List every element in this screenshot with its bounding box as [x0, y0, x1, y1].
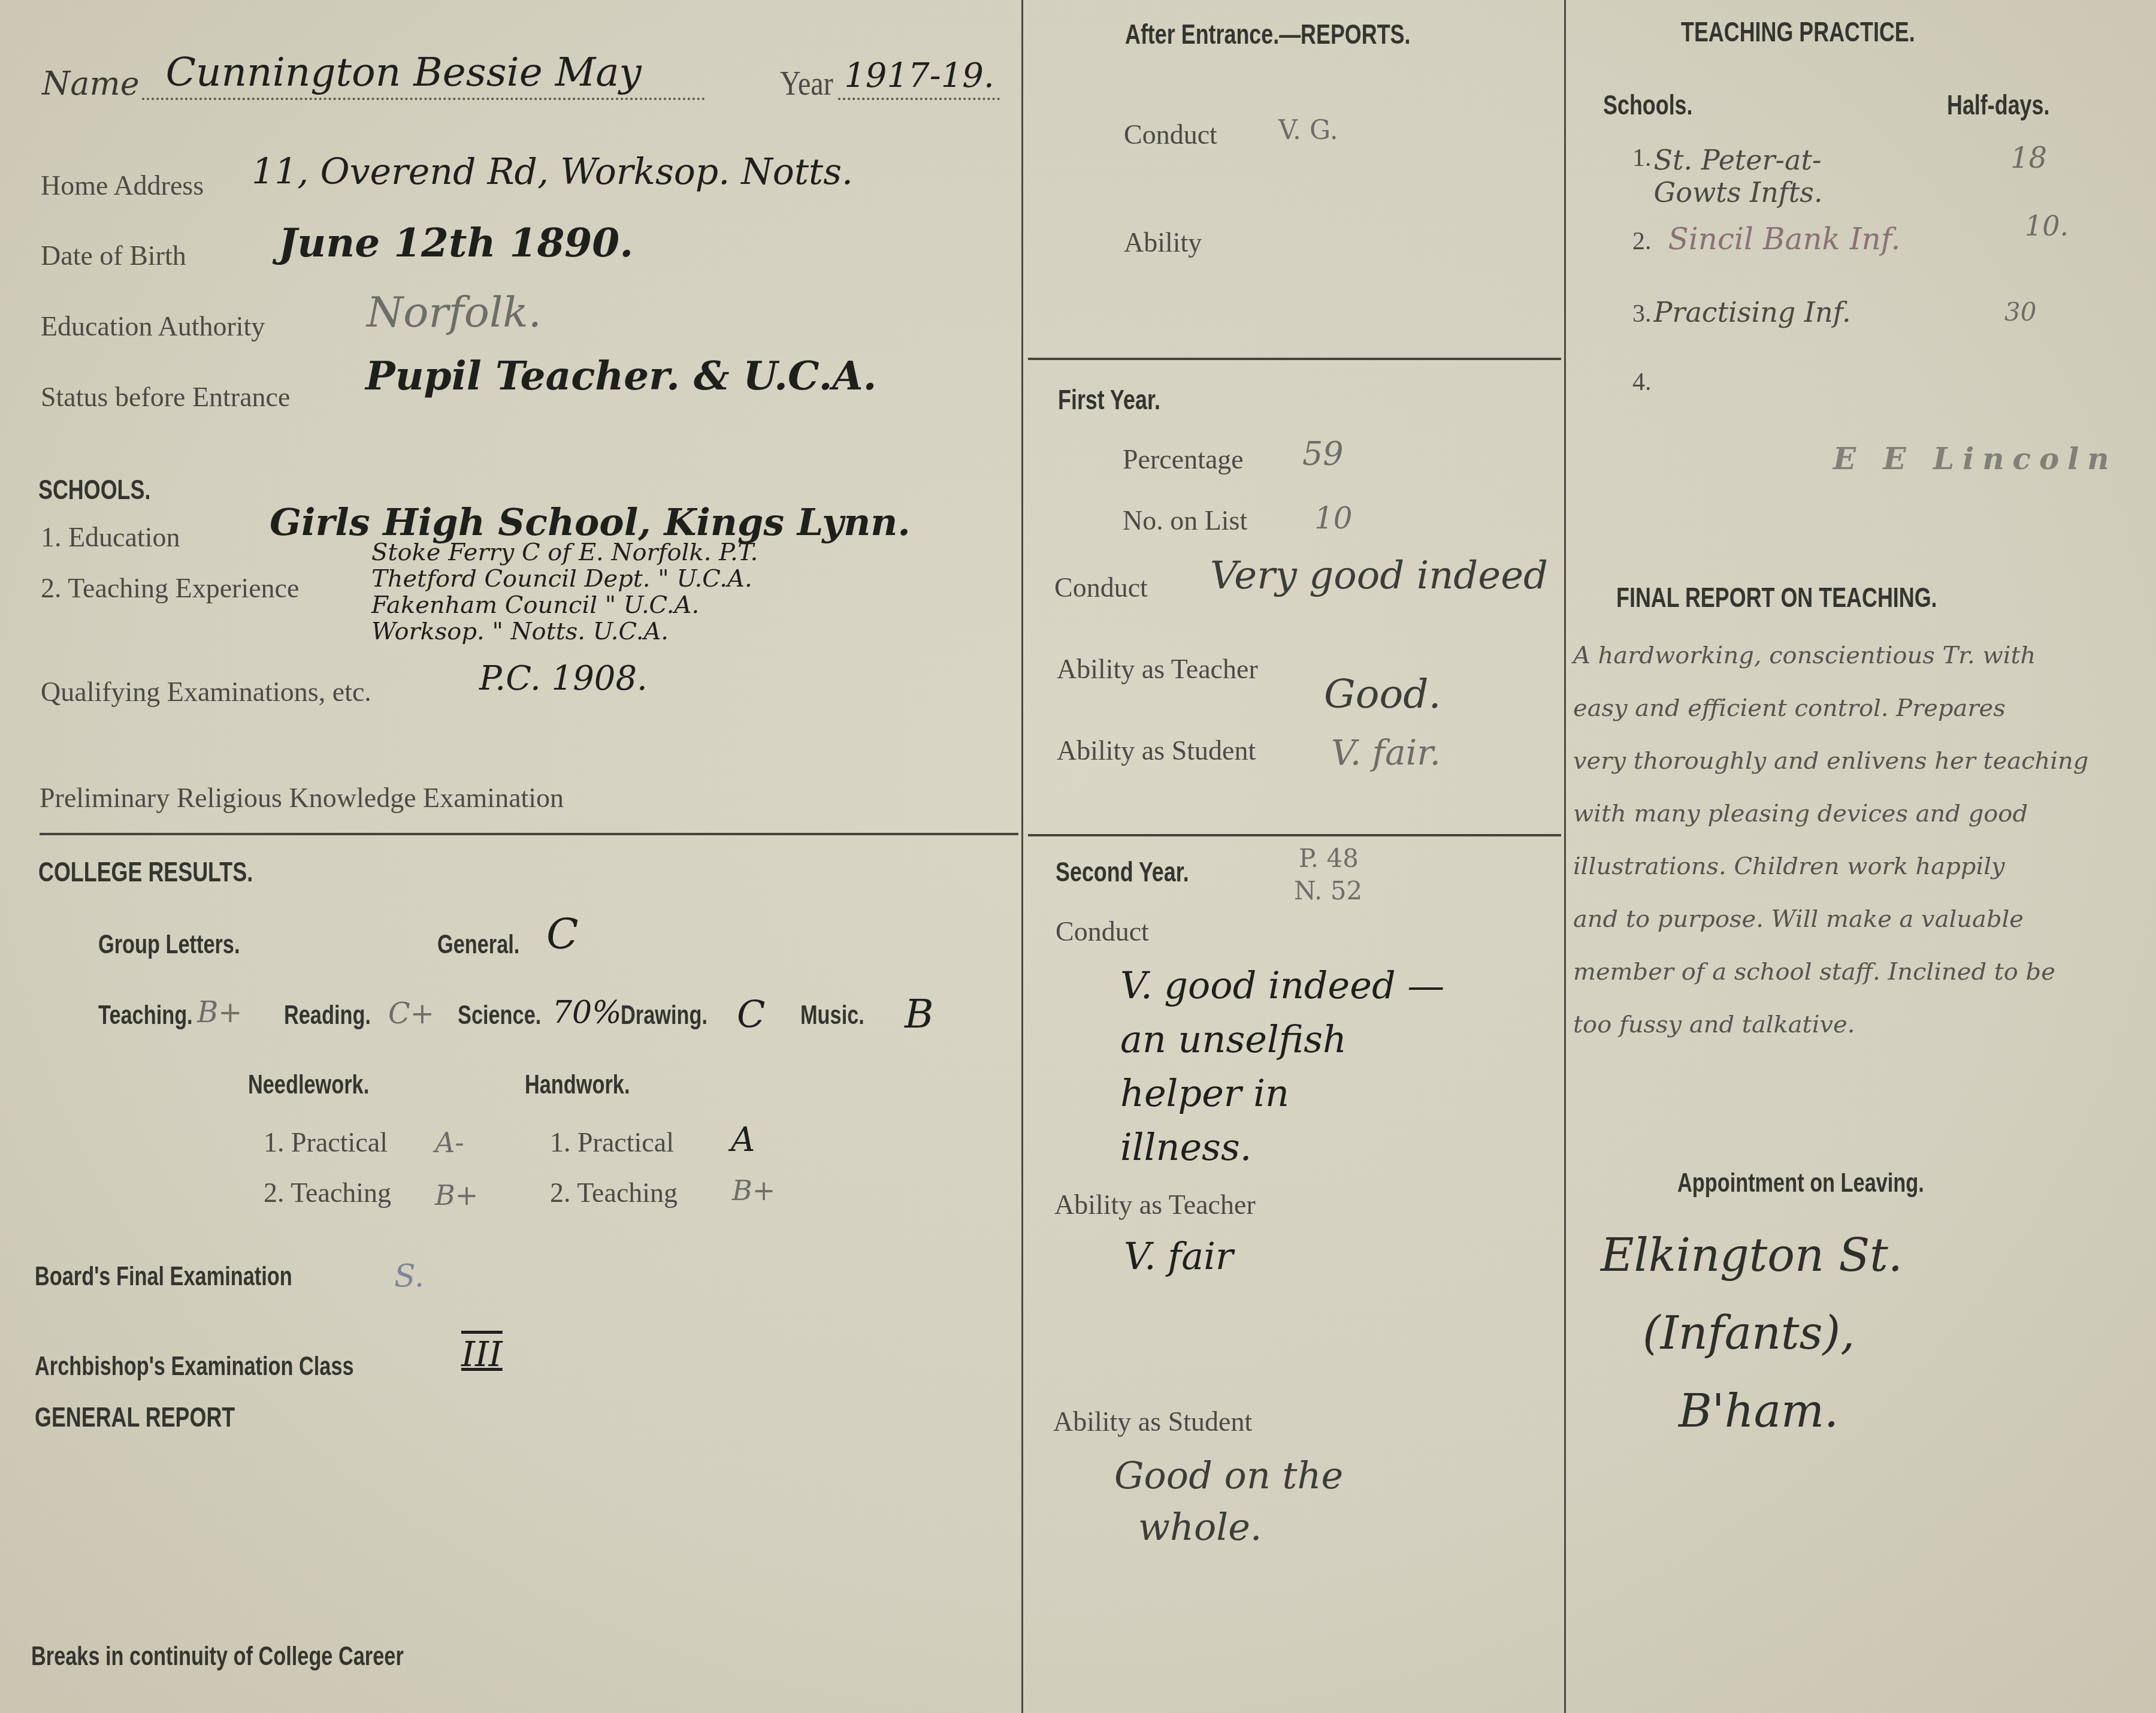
year-row: Year 1917-19. [780, 65, 1000, 103]
college-results-heading: COLLEGE RESULTS. [38, 856, 253, 888]
qualifying-value: P.C. 1908. [479, 659, 648, 698]
archbishop-value: III [461, 1334, 503, 1374]
dob-label: Date of Birth [41, 240, 186, 271]
list-label: No. on List [1123, 504, 1247, 536]
final-report-heading: FINAL REPORT ON TEACHING. [1616, 581, 1937, 614]
conduct-line: V. good indeed — [1120, 959, 1444, 1013]
second-student-label: Ability as Student [1053, 1406, 1252, 1437]
needle-teaching-value: B+ [435, 1179, 478, 1212]
student-line: whole. [1114, 1501, 1343, 1553]
schools-education-value: Girls High School, Kings Lynn. [270, 500, 911, 544]
first-student-label: Ability as Student [1057, 735, 1256, 766]
schools-heading: SCHOOLS. [38, 473, 150, 506]
year-value: 1917-19. [844, 56, 994, 95]
practice-row: 4. [1632, 368, 1652, 397]
general-value: C [546, 910, 579, 959]
conduct-line: an unselfish [1120, 1013, 1444, 1067]
after-entrance-heading: After Entrance.—REPORTS. [1125, 18, 1411, 50]
mid-rule-first-year [1028, 358, 1561, 360]
second-teacher-label: Ability as Teacher [1054, 1189, 1256, 1220]
first-teacher-value: Good. [1324, 671, 1441, 717]
second-year-p-value: P. 48 [1299, 844, 1359, 873]
qualifying-label: Qualifying Examinations, etc. [41, 676, 371, 708]
after-entrance-ability-label: Ability [1124, 226, 1202, 258]
year-label: Year [780, 65, 833, 103]
music-value: B [905, 991, 934, 1037]
practice-row: 3. Practising Inf. [1632, 296, 1851, 328]
first-year-heading: First Year. [1058, 383, 1160, 416]
first-student-value: V. fair. [1331, 732, 1441, 773]
teaching-practice-heading: TEACHING PRACTICE. [1681, 16, 1915, 48]
appointment-line: (Infants), [1601, 1294, 1903, 1372]
appointment-heading: Appointment on Leaving. [1677, 1168, 1924, 1198]
handwork-label: Handwork. [525, 1070, 630, 1100]
hand-teaching-value: B+ [732, 1174, 775, 1207]
appointment-line: Elkington St. [1601, 1216, 1903, 1294]
teaching-label: Teaching. [98, 1001, 193, 1031]
column-divider-right [1564, 0, 1566, 1713]
education-authority-value: Norfolk. [367, 288, 542, 337]
column-divider-left [1021, 0, 1023, 1713]
first-conduct-label: Conduct [1054, 572, 1148, 603]
report-line: member of a school staff. Inclined to be [1573, 945, 2088, 998]
after-entrance-conduct-value: V. G. [1278, 115, 1338, 146]
general-report-label: GENERAL REPORT [35, 1401, 235, 1433]
practice-row-number: 1. [1632, 144, 1652, 172]
student-line: Good on the [1114, 1450, 1343, 1501]
practice-row-halfdays: 10. [2025, 210, 2069, 242]
hand-practical-value: A [731, 1120, 755, 1159]
reading-value: C+ [388, 997, 434, 1031]
name-label: Name [42, 65, 140, 102]
after-entrance-conduct-label: Conduct [1124, 119, 1217, 150]
hand-teaching-label: 2. Teaching [550, 1177, 678, 1209]
report-line: easy and efficient control. Prepares [1573, 682, 2088, 735]
experience-line: Worksop. " Notts. U.C.A. [371, 618, 758, 645]
report-line: very thoroughly and enlivens her teachin… [1573, 735, 2088, 787]
home-address-label: Home Address [41, 170, 204, 201]
practice-row-school: Practising Inf. [1654, 296, 1851, 328]
name-value: Cunnington Bessie May [166, 49, 642, 95]
second-teacher-value: V. fair [1124, 1234, 1233, 1278]
report-line: and to purpose. Will make a valuable [1573, 893, 2088, 945]
halfdays-column-header: Half-days. [1947, 89, 2049, 121]
list-value: 10 [1314, 501, 1353, 536]
needle-practical-label: 1. Practical [264, 1126, 388, 1158]
name-row: Name Cunnington Bessie May [42, 65, 705, 102]
appointment-value: Elkington St. (Infants), B'ham. [1601, 1216, 1903, 1450]
practice-row-halfdays: 18 [2010, 141, 2047, 175]
needle-teaching-label: 2. Teaching [264, 1177, 391, 1209]
report-line: too fussy and talkative. [1573, 998, 2088, 1051]
first-conduct-value: Very good indeed [1210, 555, 1558, 597]
science-label: Science. [458, 1001, 541, 1031]
dob-value: June 12th 1890. [279, 219, 633, 266]
second-conduct-label: Conduct [1056, 916, 1149, 947]
practice-row-number: 3. [1632, 300, 1652, 328]
drawing-label: Drawing. [621, 1001, 707, 1031]
report-line: illustrations. Children work happily [1573, 840, 2088, 893]
year-field: 1917-19. [838, 87, 1000, 100]
name-field: Cunnington Bessie May [142, 87, 705, 100]
practice-row-halfdays: 30 [2004, 297, 2036, 327]
percentage-value: 59 [1302, 435, 1344, 473]
teaching-value: B+ [197, 996, 243, 1029]
conduct-line: illness. [1120, 1120, 1444, 1174]
schools-education-label: 1. Education [41, 521, 180, 553]
education-authority-label: Education Authority [41, 310, 265, 342]
second-year-n-value: N. 52 [1294, 876, 1362, 905]
boards-final-label: Board's Final Examination [35, 1262, 292, 1292]
general-label: General. [437, 930, 519, 960]
group-letters-label: Group Letters. [98, 930, 240, 960]
teaching-experience-label: 2. Teaching Experience [41, 572, 299, 604]
home-address-value: 11, Overend Rd, Worksop. Notts. [252, 151, 853, 193]
science-value: 70% [552, 995, 622, 1031]
practice-row-school: Sincil Bank Inf. [1668, 222, 1901, 256]
practice-row: 1. St. Peter-at-Gowts Infts. [1632, 144, 1882, 209]
report-line: with many pleasing devices and good [1573, 787, 2088, 840]
experience-line: Thetford Council Dept. " U.C.A. [371, 566, 758, 592]
practice-row: 2. Sincil Bank Inf. [1632, 222, 1900, 256]
second-student-value: Good on the whole. [1114, 1450, 1343, 1553]
teaching-experience-list: Stoke Ferry C of E. Norfolk. P.T. Thetfo… [371, 539, 758, 645]
final-report-text: A hardworking, conscientious Tr. with ea… [1573, 629, 2088, 1051]
practice-row-number: 4. [1632, 368, 1652, 396]
report-line: A hardworking, conscientious Tr. with [1573, 629, 2088, 682]
practice-row-number: 2. [1632, 228, 1652, 255]
archbishop-label: Archbishop's Examination Class [35, 1352, 354, 1382]
experience-line: Fakenham Council " U.C.A. [371, 592, 758, 618]
conduct-line: helper in [1120, 1067, 1444, 1120]
needle-practical-value: A- [435, 1126, 464, 1159]
status-value: Pupil Teacher. & U.C.A. [365, 352, 877, 399]
status-label: Status before Entrance [41, 381, 290, 413]
schools-column-header: Schools. [1603, 89, 1693, 121]
religious-label: Preliminary Religious Knowledge Examinat… [40, 782, 564, 814]
boards-final-value: S. [394, 1258, 424, 1294]
reading-label: Reading. [284, 1001, 371, 1031]
stamp-annotation: E E Lincoln [1833, 441, 2118, 476]
second-conduct-value: V. good indeed — an unselfish helper in … [1120, 959, 1444, 1174]
needlework-label: Needlework. [248, 1070, 369, 1100]
mid-rule-second-year [1028, 834, 1561, 836]
experience-line: Stoke Ferry C of E. Norfolk. P.T. [371, 539, 758, 566]
first-teacher-label: Ability as Teacher [1057, 653, 1258, 685]
music-label: Music. [800, 1001, 864, 1031]
practice-row-school: St. Peter-at-Gowts Infts. [1654, 144, 1882, 209]
left-section-rule [40, 833, 1018, 835]
second-year-heading: Second Year. [1056, 856, 1189, 888]
percentage-label: Percentage [1123, 443, 1244, 475]
appointment-line: B'ham. [1601, 1372, 1903, 1450]
breaks-label: Breaks in continuity of College Career [31, 1642, 404, 1672]
hand-practical-label: 1. Practical [550, 1126, 674, 1158]
drawing-value: C [737, 992, 765, 1036]
